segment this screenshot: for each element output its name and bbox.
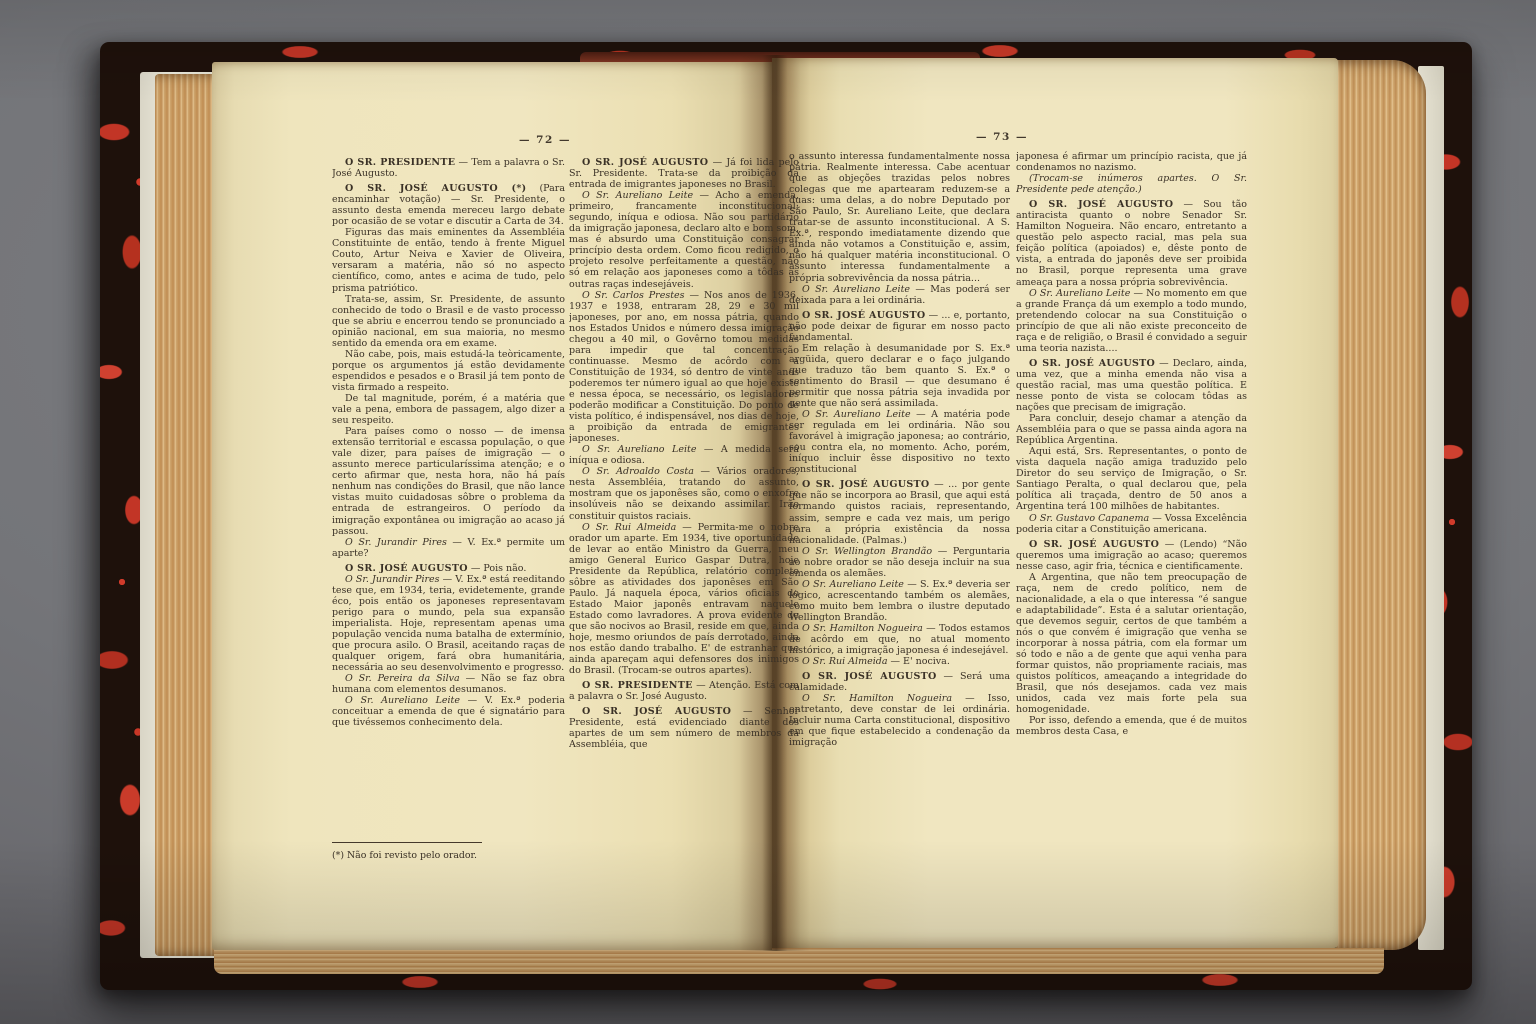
paragraph: O SR. JOSÉ AUGUSTO — Sou tão antiracista… bbox=[1016, 199, 1247, 287]
speaker-name: O Sr. Aureliano Leite bbox=[582, 190, 693, 201]
speaker-name: O Sr. Aureliano Leite bbox=[345, 695, 460, 706]
page-number-73: — 73 — bbox=[932, 131, 1072, 143]
paragraph: Para países como o nosso — de imensa ext… bbox=[332, 426, 565, 536]
footnote-rule bbox=[332, 842, 482, 843]
page-edge-stack-bottom bbox=[214, 948, 1384, 974]
paragraph: (Trocam-se inúmeros apartes. O Sr. Presi… bbox=[1016, 173, 1247, 195]
speaker-name: O Sr. Pereira da Silva bbox=[345, 673, 460, 684]
speaker-name: O SR. JOSÉ AUGUSTO bbox=[802, 310, 925, 321]
text-column-72-1: O SR. PRESIDENTE — Tem a palavra o Sr. J… bbox=[332, 153, 565, 839]
page-edge-stack-left bbox=[155, 74, 215, 956]
paragraph: O Sr. Gustavo Capanema — Vossa Excelênci… bbox=[1016, 513, 1247, 535]
text-column-73-2: japonesa é afirmar um princípio racista,… bbox=[1016, 151, 1247, 879]
speaker-name: O SR. JOSÉ AUGUSTO bbox=[1029, 539, 1159, 550]
speaker-name: O Sr. Rui Almeida bbox=[582, 522, 676, 533]
paragraph: O SR. JOSÉ AUGUSTO — Declaro, ainda, uma… bbox=[1016, 358, 1247, 413]
footnote: (*) Não foi revisto pelo orador. bbox=[332, 842, 565, 861]
speaker-name: O Sr. Hamilton Nogueira bbox=[802, 623, 923, 634]
speaker-name: O Sr. Jurandir Pires bbox=[345, 574, 440, 585]
speaker-name: O Sr. Rui Almeida bbox=[802, 656, 888, 667]
paragraph: O Sr. Aureliano Leite — S. Ex.ª deveria … bbox=[789, 579, 1010, 623]
paragraph: O SR. JOSÉ AUGUSTO — ... por gente que n… bbox=[789, 479, 1010, 545]
speaker-name: O SR. JOSÉ AUGUSTO bbox=[802, 479, 930, 490]
paragraph: O Sr. Adroaldo Costa — Vários oradores, … bbox=[569, 466, 799, 521]
paragraph: Por isso, defendo a emenda, que é de mui… bbox=[1016, 715, 1247, 737]
paragraph: o assunto interessa fundamentalmente nos… bbox=[789, 151, 1010, 284]
speaker-name: O SR. JOSÉ AUGUSTO (*) bbox=[345, 183, 526, 194]
paragraph: A Argentina, que não tem preocupação de … bbox=[1016, 572, 1247, 716]
paragraph: Em relação à desumanidade por S. Ex.ª ar… bbox=[789, 343, 1010, 409]
speaker-name: O SR. JOSÉ AUGUSTO bbox=[1029, 199, 1173, 210]
paragraph: O SR. JOSÉ AUGUSTO — Pois não. bbox=[332, 563, 565, 574]
speaker-name: O Sr. Adroaldo Costa bbox=[582, 466, 694, 477]
speaker-name: O Sr. Aureliano Leite bbox=[802, 284, 910, 295]
speaker-name: O Sr. Jurandir Pires bbox=[345, 537, 447, 548]
speaker-name: O SR. JOSÉ AUGUSTO bbox=[1029, 358, 1155, 369]
paragraph: O Sr. Carlos Prestes — Nos anos de 1936,… bbox=[569, 290, 799, 445]
paragraph: O Sr. Aureliano Leite — Acho a emenda, p… bbox=[569, 190, 799, 289]
paragraph: O Sr. Pereira da Silva — Não se faz obra… bbox=[332, 673, 565, 695]
speaker-name: O Sr. Carlos Prestes bbox=[582, 290, 685, 301]
paragraph: O Sr. Hamilton Nogueira — Todos estamos … bbox=[789, 623, 1010, 656]
paragraph: O SR. JOSÉ AUGUSTO — Será uma calamidade… bbox=[789, 671, 1010, 693]
paragraph: De tal magnitude, porém, é a matéria que… bbox=[332, 393, 565, 426]
paragraph: O SR. JOSÉ AUGUSTO — Já foi lida pelo Sr… bbox=[569, 157, 799, 190]
speaker-name: O SR. PRESIDENTE bbox=[582, 680, 693, 691]
paragraph: japonesa é afirmar um princípio racista,… bbox=[1016, 151, 1247, 173]
speaker-name: O Sr. Hamilton Nogueira bbox=[802, 693, 952, 704]
paragraph: Para concluir, desejo chamar a atenção d… bbox=[1016, 413, 1247, 446]
footnote-text: (*) Não foi revisto pelo orador. bbox=[332, 850, 477, 861]
paragraph: O Sr. Aureliano Leite — A medida será in… bbox=[569, 444, 799, 466]
book-photo: — 72 — — 73 — O SR. PRESIDENTE — Tem a p… bbox=[0, 0, 1536, 1024]
speaker-name: O SR. JOSÉ AUGUSTO bbox=[345, 563, 468, 574]
page-number-72: — 72 — bbox=[475, 134, 615, 146]
paragraph: O Sr. Aureliano Leite — V. Ex.ª poderia … bbox=[332, 695, 565, 728]
speaker-name: O Sr. Aureliano Leite bbox=[582, 444, 696, 455]
paragraph: O Sr. Aureliano Leite — A matéria pode s… bbox=[789, 409, 1010, 475]
paragraph: Figuras das mais eminentes da Assembléia… bbox=[332, 227, 565, 293]
paragraph: O Sr. Aureliano Leite — Mas poderá ser d… bbox=[789, 284, 1010, 306]
speaker-name: O Sr. Gustavo Capanema bbox=[1029, 513, 1149, 524]
speaker-name: O Sr. Aureliano Leite bbox=[802, 579, 904, 590]
paragraph: O SR. JOSÉ AUGUSTO (*) (Para encaminhar … bbox=[332, 183, 565, 227]
paragraph: Não cabe, pois, mais estudá-la teòricame… bbox=[332, 349, 565, 393]
paragraph: O Sr. Rui Almeida — Permita-me o nobre o… bbox=[569, 522, 799, 677]
paragraph: O Sr. Aureliano Leite — No momento em qu… bbox=[1016, 288, 1247, 354]
speaker-name: O SR. JOSÉ AUGUSTO bbox=[582, 706, 731, 717]
speaker-name: O SR. JOSÉ AUGUSTO bbox=[802, 671, 937, 682]
paragraph: O Sr. Hamilton Nogueira — Isso, entretan… bbox=[789, 693, 1010, 748]
paragraph: O Sr. Wellington Brandão — Perguntaria a… bbox=[789, 546, 1010, 579]
speaker-name: O SR. PRESIDENTE bbox=[345, 157, 455, 168]
text-column-72-2: O SR. JOSÉ AUGUSTO — Já foi lida pelo Sr… bbox=[569, 153, 799, 895]
paragraph: O SR. JOSÉ AUGUSTO — Senhor Presidente, … bbox=[569, 706, 799, 750]
paragraph: O SR. JOSÉ AUGUSTO — ... e, portanto, nã… bbox=[789, 310, 1010, 343]
speaker-name: O SR. JOSÉ AUGUSTO bbox=[582, 157, 708, 168]
paragraph: Aqui está, Srs. Representantes, o ponto … bbox=[1016, 446, 1247, 512]
paragraph: O SR. PRESIDENTE — Atenção. Está com a p… bbox=[569, 680, 799, 702]
speaker-name: O Sr. Aureliano Leite bbox=[1029, 288, 1130, 299]
paragraph: Trata-se, assim, Sr. Presidente, de assu… bbox=[332, 294, 565, 349]
paragraph: O SR. PRESIDENTE — Tem a palavra o Sr. J… bbox=[332, 157, 565, 179]
speaker-name: O Sr. Aureliano Leite bbox=[802, 409, 911, 420]
paragraph: O Sr. Rui Almeida — E' nociva. bbox=[789, 656, 1010, 667]
page-edge-stack-right bbox=[1336, 60, 1426, 950]
paragraph: O Sr. Jurandir Pires — V. Ex.ª está reed… bbox=[332, 574, 565, 673]
text-column-73-1: o assunto interessa fundamentalmente nos… bbox=[789, 151, 1010, 873]
paragraph: O Sr. Jurandir Pires — V. Ex.ª permite u… bbox=[332, 537, 565, 559]
speaker-name: O Sr. Wellington Brandão bbox=[802, 546, 932, 557]
paragraph: O SR. JOSÉ AUGUSTO — (Lendo) “Não querem… bbox=[1016, 539, 1247, 572]
